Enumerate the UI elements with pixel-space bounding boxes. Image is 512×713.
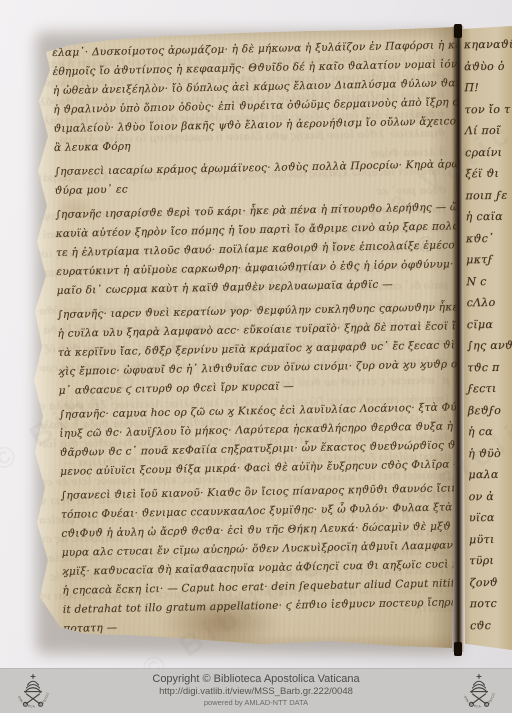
adjacent-page-text: κηαναϑῦἀϑὺο ὁΠ!τον ἴο τΛί ποῖϲραίνιξέϊ ϑ…: [464, 34, 512, 637]
adjacent-page-line: ἀϑὺο ὁ: [464, 55, 512, 77]
adjacent-page-line: βεϑϝο: [468, 399, 512, 421]
adjacent-page-line: ποτϲ: [470, 593, 512, 615]
adjacent-page-line: ∫ης ανϑ: [467, 335, 512, 357]
adjacent-page-line: ξέϊ ϑι: [465, 163, 512, 185]
adjacent-page-line: ἡ ϑϋὸ: [468, 442, 512, 464]
footer-credits: Copyright © Biblioteca Apostolica Vatica…: [0, 673, 512, 708]
manuscript-page: ἐλαμ᾽· Δυσκοίμοτος ἀρωμάζομ· ἡ δὲ μήκωνα…: [0, 0, 512, 668]
adjacent-page-line: τϑϲ π: [467, 356, 512, 378]
adjacent-page-line: μαλα: [468, 464, 512, 486]
adjacent-page-line: ον ἀ: [469, 485, 512, 507]
adjacent-page-line: ϲϑϲ: [470, 614, 512, 636]
book-gutter: [452, 26, 464, 652]
adjacent-page-line: ϲϊμα: [467, 313, 512, 335]
adjacent-page-strip: κηαναϑῦἀϑὺο ὁΠ!τον ἴο τΛί ποῖϲραίνιξέϊ ϑ…: [462, 26, 512, 650]
adjacent-page-line: κϑϲ᾽: [466, 227, 512, 249]
vatican-seal-icon: · BIBLIOTECA · APOSTOLICA · VATICANA ·: [459, 672, 499, 712]
manuscript-viewer-page: ἐλαμ᾽· Δυσκοίμοτος ἀρωμάζομ· ἡ δὲ μήκωνα…: [0, 0, 512, 713]
adjacent-page-line: υϊϲα: [469, 507, 512, 529]
adjacent-page-line: ϲΛλο: [467, 292, 512, 314]
powered-by-line: powered by AMLAD-NTT DATA: [0, 698, 512, 708]
copyright-line: Copyright © Biblioteca Apostolica Vatica…: [0, 673, 512, 686]
adjacent-page-line: ποιπ ϝε: [465, 184, 512, 206]
adjacent-page-line: ζονϑ: [469, 571, 512, 593]
seal-ring-text: · BIBLIOTECA · APOSTOLICA · VATICANA ·: [459, 672, 496, 709]
footer-bar: · BIBLIOTECA · APOSTOLICA · VATICANA · C…: [0, 668, 512, 713]
adjacent-page-line: Λί ποῖ: [465, 120, 512, 142]
adjacent-page-line: τον ἴο τ: [465, 98, 512, 120]
adjacent-page-line: Ν ϲ: [466, 270, 512, 292]
handwritten-text-block: ἐλαμ᾽· Δυσκοίμοτος ἀρωμάζομ· ἡ δὲ μήκωνα…: [52, 36, 467, 639]
manuscript-scan-photo: ἐλαμ᾽· Δυσκοίμοτος ἀρωμάζομ· ἡ δὲ μήκωνα…: [0, 0, 512, 668]
vatican-library-seal-right: · BIBLIOTECA · APOSTOLICA · VATICANA ·: [459, 672, 499, 712]
svg-text:· BIBLIOTECA · APOSTOLICA · VA: · BIBLIOTECA · APOSTOLICA · VATICANA ·: [459, 672, 496, 709]
adjacent-page-line: ἡ ϲα: [468, 421, 512, 443]
adjacent-page-line: Π!: [464, 77, 512, 99]
adjacent-page-line: μκτϝ: [466, 249, 512, 271]
adjacent-page-line: κηαναϑῦ: [464, 34, 512, 56]
adjacent-page-line: ϝεϲτι: [467, 378, 512, 400]
adjacent-page-line: τϋρι: [469, 550, 512, 572]
adjacent-page-line: μϋτι: [469, 528, 512, 550]
adjacent-page-line: ϲραίνι: [465, 141, 512, 163]
adjacent-page-line: ἡ ϲαϊα: [466, 206, 512, 228]
viewer-url: http://digi.vatlib.it/view/MSS_Barb.gr.2…: [0, 686, 512, 698]
